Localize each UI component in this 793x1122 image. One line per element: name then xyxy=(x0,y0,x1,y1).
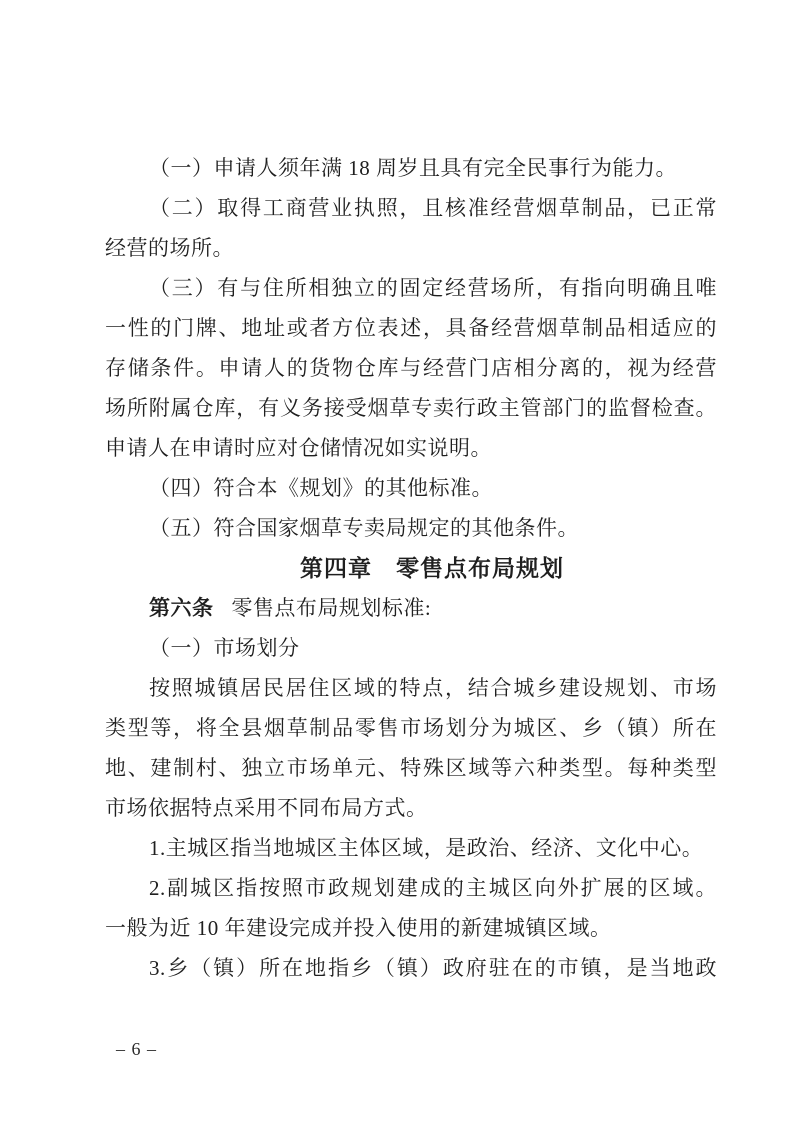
article-number: 第六条 xyxy=(149,597,214,620)
text-line: （三）有与住所相独立的固定经营场所，有指向明确且唯 xyxy=(105,268,717,308)
text-line: 一性的门牌、地址或者方位表述，具备经营烟草制品相适应的 xyxy=(105,308,717,348)
page-number: – 6 – xyxy=(116,1034,157,1064)
chapter-heading: 第四章 零售点布局规划 xyxy=(105,548,717,588)
text-line: 按照城镇居民居住区域的特点，结合城乡建设规划、市场 xyxy=(105,668,717,708)
text-line: 1.主城区指当地城区主体区域，是政治、经济、文化中心。 xyxy=(105,828,717,868)
article-line: 第六条零售点布局规划标准: xyxy=(105,588,717,628)
text-line: 3.乡（镇）所在地指乡（镇）政府驻在的市镇，是当地政 xyxy=(105,948,717,988)
article-title: 零售点布局规划标准: xyxy=(231,596,431,620)
text-line: 类型等，将全县烟草制品零售市场划分为城区、乡（镇）所在 xyxy=(105,708,717,748)
text-line: （五）符合国家烟草专卖局规定的其他条件。 xyxy=(105,508,717,548)
text-line: （一）申请人须年满 18 周岁且具有完全民事行为能力。 xyxy=(105,148,717,188)
text-line: 申请人在申请时应对仓储情况如实说明。 xyxy=(105,428,717,468)
document-body: （一）申请人须年满 18 周岁且具有完全民事行为能力。 （二）取得工商营业执照，… xyxy=(105,148,717,988)
text-line: 2.副城区指按照市政规划建成的主城区向外扩展的区域。 xyxy=(105,868,717,908)
document-page: （一）申请人须年满 18 周岁且具有完全民事行为能力。 （二）取得工商营业执照，… xyxy=(0,0,793,1122)
text-line: 经营的场所。 xyxy=(105,228,717,268)
text-line: 地、建制村、独立市场单元、特殊区域等六种类型。每种类型 xyxy=(105,748,717,788)
text-line: 一般为近 10 年建设完成并投入使用的新建城镇区域。 xyxy=(105,908,717,948)
text-line: （一）市场划分 xyxy=(105,628,717,668)
text-line: 市场依据特点采用不同布局方式。 xyxy=(105,788,717,828)
text-line: 场所附属仓库，有义务接受烟草专卖行政主管部门的监督检查。 xyxy=(105,388,717,428)
text-line: （二）取得工商营业执照，且核准经营烟草制品，已正常 xyxy=(105,188,717,228)
text-line: 存储条件。申请人的货物仓库与经营门店相分离的，视为经营 xyxy=(105,348,717,388)
text-line: （四）符合本《规划》的其他标准。 xyxy=(105,468,717,508)
